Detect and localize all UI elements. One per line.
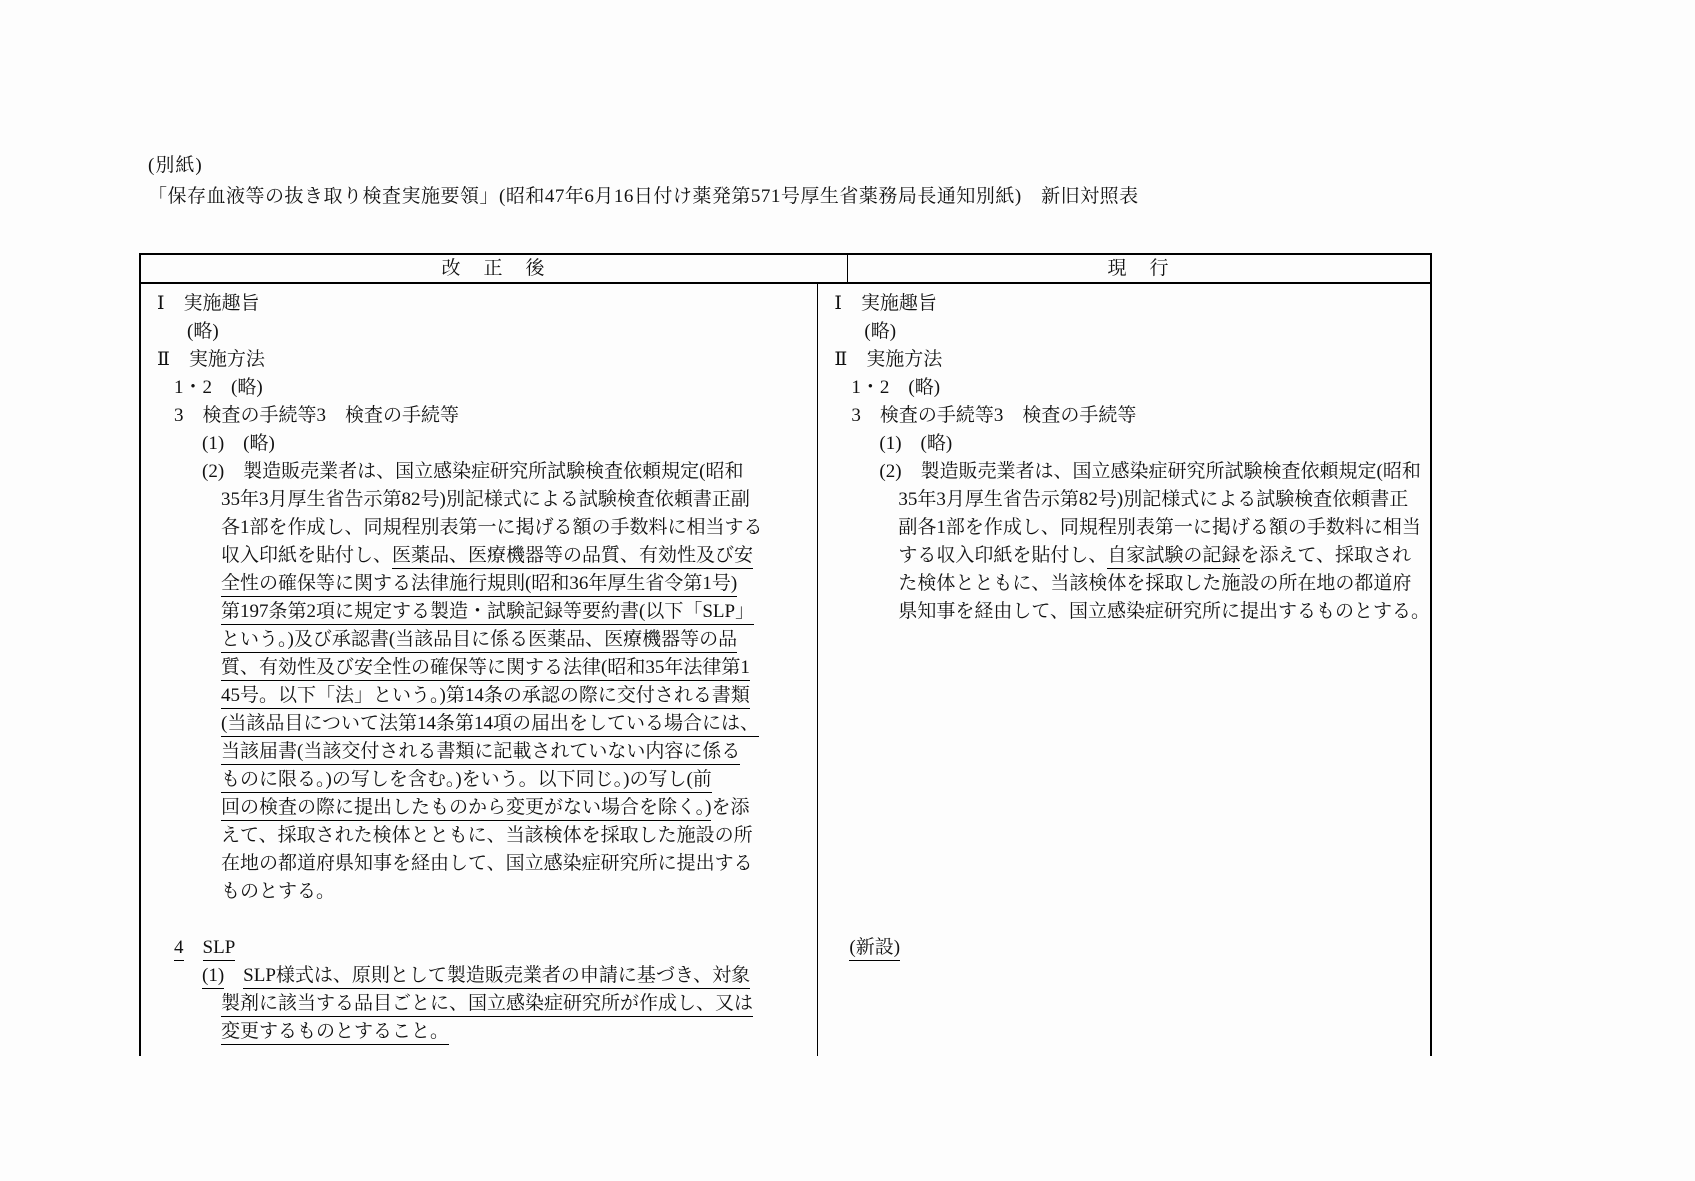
revision-underlined-text: (新設) [849, 937, 900, 961]
text-line: 製剤に該当する品目ごとに、国立感染症研究所が作成し、又は [151, 990, 817, 1018]
text-segment: ものとする。 [221, 881, 335, 902]
text-segment: Ⅰ 実施趣旨 [157, 293, 260, 314]
revision-underlined-text: 全性の確保等に関する法律施行規則(昭和36年厚生省令第1号) [221, 573, 737, 597]
text-line: (当該品目について法第14条第14項の届出をしている場合には、 [151, 710, 817, 738]
comparison-table-body-row: Ⅰ 実施趣旨(略)Ⅱ 実施方法1・2 (略)3 検査の手続等3 検査の手続等(1… [141, 284, 1430, 1056]
text-line: という。)及び承認書(当該品目に係る医薬品、医療機器等の品 [151, 626, 817, 654]
attachment-label: (別紙) [148, 150, 203, 177]
text-line: 全性の確保等に関する法律施行規則(昭和36年厚生省令第1号) [151, 570, 817, 598]
revision-underlined-text: 第197条第2項に規定する製造・試験記録等要約書(以下「SLP」 [221, 601, 754, 625]
text-segment: Ⅱ 実施方法 [157, 349, 265, 370]
text-line: 回の検査の際に提出したものから変更がない場合を除く。)を添 [151, 794, 817, 822]
text-line: (1) SLP様式は、原則として製造販売業者の申請に基づき、対象 [151, 962, 817, 990]
text-line: 3 検査の手続等3 検査の手続等 [151, 402, 817, 430]
text-segment: 1・2 (略) [851, 377, 940, 398]
text-line: 35年3月厚生省告示第82号)別記様式による試験検査依頼書正 [828, 486, 1430, 514]
text-line: Ⅱ 実施方法 [828, 346, 1430, 374]
text-line: Ⅰ 実施趣旨 [151, 290, 817, 318]
text-line: Ⅱ 実施方法 [151, 346, 817, 374]
text-line: (2) 製造販売業者は、国立感染症研究所試験検査依頼規定(昭和 [151, 458, 817, 486]
text-segment [184, 937, 203, 958]
text-segment [224, 965, 243, 986]
text-line: 4 SLP [151, 934, 817, 962]
text-line: (1) (略) [151, 430, 817, 458]
text-line [828, 682, 1430, 710]
text-line: Ⅰ 実施趣旨 [828, 290, 1430, 318]
text-line: 当該届書(当該交付される書類に記載されていない内容に係る [151, 738, 817, 766]
text-line: (略) [828, 318, 1430, 346]
revision-underlined-text: ものに限る。)の写しを含む。)をいう。以下同じ。)の写し(前 [221, 769, 712, 793]
revision-underlined-text: (当該品目について法第14条第14項の届出をしている場合には、 [221, 713, 759, 737]
text-line: えて、採取された検体とともに、当該検体を採取した施設の所 [151, 822, 817, 850]
text-line: ものとする。 [151, 878, 817, 906]
text-segment: (略) [864, 321, 896, 342]
revision-underlined-text: 回の検査の際に提出したものから変更がない場合を除く。) [221, 797, 711, 821]
text-line: 質、有効性及び安全性の確保等に関する法律(昭和35年法律第1 [151, 654, 817, 682]
revision-underlined-text: 変更するものとすること。 [221, 1021, 449, 1045]
text-line [828, 906, 1430, 934]
text-line [828, 710, 1430, 738]
text-line [151, 906, 817, 934]
revised-column-cell: Ⅰ 実施趣旨(略)Ⅱ 実施方法1・2 (略)3 検査の手続等3 検査の手続等(1… [141, 284, 818, 1056]
text-line [828, 766, 1430, 794]
text-line: 1・2 (略) [151, 374, 817, 402]
revision-underlined-text: 質、有効性及び安全性の確保等に関する法律(昭和35年法律第1 [221, 657, 750, 681]
text-segment: Ⅱ 実施方法 [834, 349, 942, 370]
text-segment: する収入印紙を貼付し、 [898, 545, 1107, 566]
text-segment: 収入印紙を貼付し、 [221, 545, 392, 566]
text-segment: (略) [187, 321, 219, 342]
revision-underlined-text: (1) [202, 965, 224, 989]
text-line: 第197条第2項に規定する製造・試験記録等要約書(以下「SLP」 [151, 598, 817, 626]
text-segment: 副各1部を作成し、同規程別表第一に掲げる額の手数料に相当 [898, 517, 1421, 538]
text-line [828, 738, 1430, 766]
revision-underlined-text: 45号。以下「法」という。)第14条の承認の際に交付される書類 [221, 685, 750, 709]
text-line: 収入印紙を貼付し、医薬品、医療機器等の品質、有効性及び安 [151, 542, 817, 570]
page-title: 「保存血液等の抜き取り検査実施要領」(昭和47年6月16日付け薬発第571号厚生… [148, 181, 1139, 208]
text-segment: 35年3月厚生省告示第82号)別記様式による試験検査依頼書正副 [221, 489, 750, 510]
text-line [828, 626, 1430, 654]
text-line: 3 検査の手続等3 検査の手続等 [828, 402, 1430, 430]
text-line: 変更するものとすること。 [151, 1018, 817, 1046]
comparison-table: 改 正 後 現 行 Ⅰ 実施趣旨(略)Ⅱ 実施方法1・2 (略)3 検査の手続等… [139, 253, 1432, 1056]
revision-underlined-text: 医薬品、医療機器等の品質、有効性及び安 [392, 545, 753, 569]
text-line [828, 878, 1430, 906]
text-line: た検体とともに、当該検体を採取した施設の所在地の都道府 [828, 570, 1430, 598]
revision-underlined-text: SLP様式は、原則として製造販売業者の申請に基づき、対象 [243, 965, 750, 989]
text-segment: 35年3月厚生省告示第82号)別記様式による試験検査依頼書正 [898, 489, 1408, 510]
text-line [828, 794, 1430, 822]
text-line: (新設) [828, 934, 1430, 962]
text-line: 各1部を作成し、同規程別表第一に掲げる額の手数料に相当する [151, 514, 817, 542]
column-header-revised: 改 正 後 [141, 255, 848, 282]
text-segment: を添 [711, 797, 749, 818]
text-segment: Ⅰ 実施趣旨 [834, 293, 937, 314]
text-line [828, 654, 1430, 682]
text-segment: 各1部を作成し、同規程別表第一に掲げる額の手数料に相当する [221, 517, 763, 538]
revision-underlined-text: 自家試験の記録 [1107, 545, 1240, 569]
text-line: する収入印紙を貼付し、自家試験の記録を添えて、採取され [828, 542, 1430, 570]
revision-underlined-text: SLP [203, 937, 236, 961]
document-page: { "page": { "attachment_label": "(別紙)", … [0, 0, 1695, 1181]
text-segment: た検体とともに、当該検体を採取した施設の所在地の都道府 [898, 573, 1411, 594]
text-line [828, 850, 1430, 878]
text-line: ものに限る。)の写しを含む。)をいう。以下同じ。)の写し(前 [151, 766, 817, 794]
text-line: (1) (略) [828, 430, 1430, 458]
text-segment: 3 検査の手続等3 検査の手続等 [851, 405, 1136, 426]
text-line: 1・2 (略) [828, 374, 1430, 402]
text-segment: (1) (略) [202, 433, 275, 454]
text-line: (略) [151, 318, 817, 346]
text-line: 在地の都道府県知事を経由して、国立感染症研究所に提出する [151, 850, 817, 878]
revision-underlined-text: 4 [174, 937, 184, 961]
text-segment: 在地の都道府県知事を経由して、国立感染症研究所に提出する [221, 853, 753, 874]
column-header-current: 現 行 [848, 255, 1430, 282]
text-line: (2) 製造販売業者は、国立感染症研究所試験検査依頼規定(昭和 [828, 458, 1430, 486]
text-line [828, 822, 1430, 850]
text-segment: 県知事を経由して、国立感染症研究所に提出するものとする。 [898, 601, 1430, 622]
text-segment: (2) 製造販売業者は、国立感染症研究所試験検査依頼規定(昭和 [202, 461, 743, 482]
revision-underlined-text: 当該届書(当該交付される書類に記載されていない内容に係る [221, 741, 740, 765]
text-line: 45号。以下「法」という。)第14条の承認の際に交付される書類 [151, 682, 817, 710]
text-segment: えて、採取された検体とともに、当該検体を採取した施設の所 [221, 825, 753, 846]
text-line: 副各1部を作成し、同規程別表第一に掲げる額の手数料に相当 [828, 514, 1430, 542]
text-line: 35年3月厚生省告示第82号)別記様式による試験検査依頼書正副 [151, 486, 817, 514]
comparison-table-header-row: 改 正 後 現 行 [141, 255, 1430, 284]
text-segment: 1・2 (略) [174, 377, 263, 398]
text-segment: 3 検査の手続等3 検査の手続等 [174, 405, 459, 426]
text-segment: (1) (略) [879, 433, 952, 454]
revision-underlined-text: 製剤に該当する品目ごとに、国立感染症研究所が作成し、又は [221, 993, 753, 1017]
text-segment: を添えて、採取され [1240, 545, 1411, 566]
text-segment: (2) 製造販売業者は、国立感染症研究所試験検査依頼規定(昭和 [879, 461, 1420, 482]
current-column-cell: Ⅰ 実施趣旨(略)Ⅱ 実施方法1・2 (略)3 検査の手続等3 検査の手続等(1… [818, 284, 1430, 1056]
text-line: 県知事を経由して、国立感染症研究所に提出するものとする。 [828, 598, 1430, 626]
revision-underlined-text: という。)及び承認書(当該品目に係る医薬品、医療機器等の品 [221, 629, 737, 653]
